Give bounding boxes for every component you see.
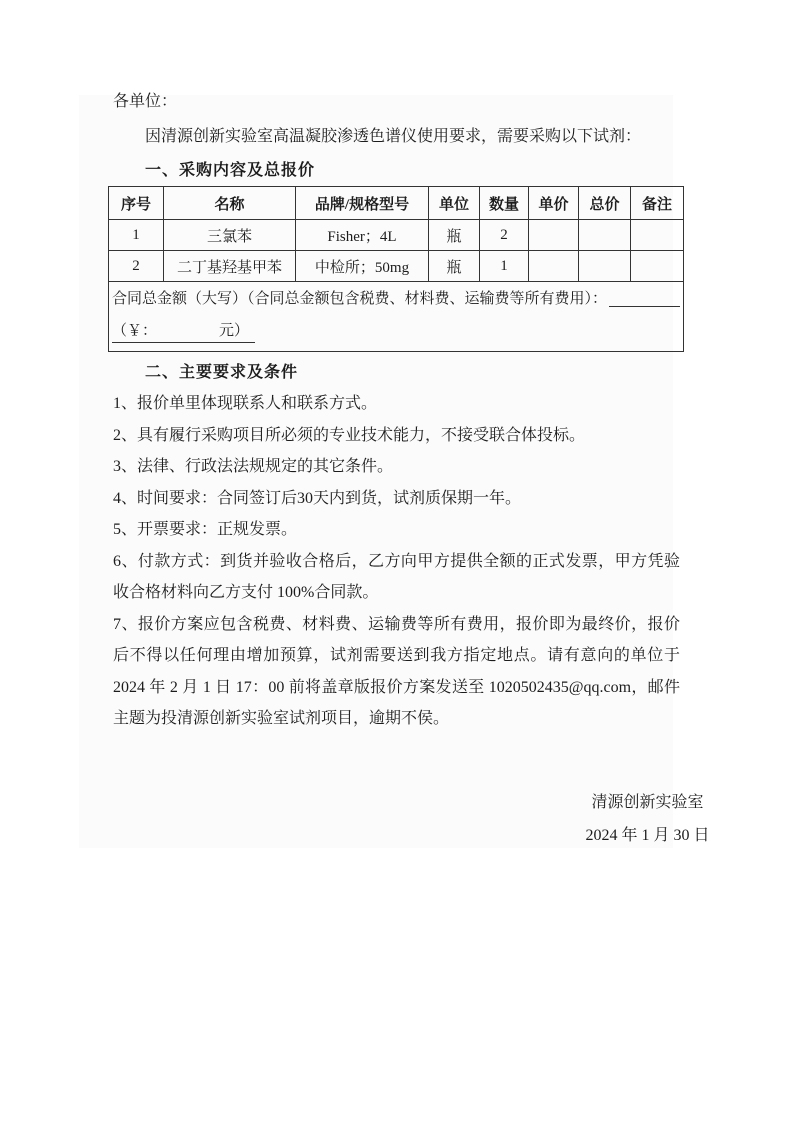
col-header-total-price: 总价: [579, 187, 631, 220]
cell-unit-price: [529, 251, 579, 282]
blank-underline: [609, 306, 680, 307]
cell-quantity: 1: [480, 251, 529, 282]
requirement-item-5: 5、开票要求：正规发票。: [113, 514, 680, 546]
cell-brand-spec: 中检所；50mg: [296, 251, 429, 282]
salutation: 各单位：: [113, 92, 680, 111]
col-header-quantity: 数量: [480, 187, 529, 220]
table-row: 1 三氯苯 Fisher；4L 瓶 2: [109, 220, 684, 251]
requirement-item-1: 1、报价单里体现联系人和联系方式。: [113, 388, 680, 420]
section2-title: 二、主要要求及条件: [145, 363, 680, 382]
contract-total-label: 合同总金额（大写）（合同总金额包含税费、材料费、运输费等所有费用）：: [112, 288, 607, 310]
cell-quantity: 2: [480, 220, 529, 251]
requirement-item-2: 2、具有履行采购项目所必须的专业技术能力，不接受联合体投标。: [113, 420, 680, 452]
cell-brand-spec: Fisher；4L: [296, 220, 429, 251]
cell-name: 三氯苯: [164, 220, 296, 251]
col-header-brand-spec: 品牌/规格型号: [296, 187, 429, 220]
cell-index: 1: [109, 220, 164, 251]
requirement-item-3: 3、法律、行政法法规规定的其它条件。: [113, 451, 680, 483]
col-header-index: 序号: [109, 187, 164, 220]
cell-unit: 瓶: [429, 220, 480, 251]
contract-total-amount-line: （￥：元）: [112, 320, 680, 343]
requirement-item-7: 7、报价方案应包含税费、材料费、运输费等所有费用，报价即为最终价，报价后不得以任…: [113, 609, 680, 735]
requirement-item-4: 4、时间要求：合同签订后30天内到货，试剂质保期一年。: [113, 483, 680, 515]
cell-unit-price: [529, 220, 579, 251]
cell-name: 二丁基羟基甲苯: [164, 251, 296, 282]
cell-total-price: [579, 220, 631, 251]
amount-suffix: 元）: [219, 323, 249, 339]
col-header-unit-price: 单价: [529, 187, 579, 220]
section1-title: 一、采购内容及总报价: [145, 161, 680, 180]
cell-remarks: [631, 220, 684, 251]
cell-unit: 瓶: [429, 251, 480, 282]
signature-date: 2024 年 1 月 30 日: [535, 826, 760, 845]
amount-prefix: （￥：: [112, 323, 157, 339]
cell-remarks: [631, 251, 684, 282]
table-header-row: 序号 名称 品牌/规格型号 单位 数量 单价 总价 备注: [109, 187, 684, 220]
intro-paragraph: 因清源创新实验室高温凝胶渗透色谱仪使用要求，需要采购以下试剂：: [113, 127, 680, 146]
contract-total-cell: 合同总金额（大写）（合同总金额包含税费、材料费、运输费等所有费用）： （￥：元）: [109, 282, 684, 352]
contract-total-row: 合同总金额（大写）（合同总金额包含税费、材料费、运输费等所有费用）： （￥：元）: [109, 282, 684, 352]
col-header-name: 名称: [164, 187, 296, 220]
requirement-item-6: 6、付款方式：到货并验收合格后，乙方向甲方提供全额的正式发票，甲方凭验收合格材料…: [113, 546, 680, 609]
signature-org: 清源创新实验室: [535, 793, 760, 812]
cell-total-price: [579, 251, 631, 282]
col-header-remarks: 备注: [631, 187, 684, 220]
contract-total-label-line: 合同总金额（大写）（合同总金额包含税费、材料费、运输费等所有费用）：: [112, 288, 680, 310]
cell-index: 2: [109, 251, 164, 282]
signature-block: 清源创新实验室 2024 年 1 月 30 日: [535, 793, 760, 845]
amount-underline: （￥：元）: [112, 320, 255, 343]
document-page: 各单位： 因清源创新实验室高温凝胶渗透色谱仪使用要求，需要采购以下试剂： 一、采…: [0, 0, 793, 1122]
col-header-unit: 单位: [429, 187, 480, 220]
procurement-table: 序号 名称 品牌/规格型号 单位 数量 单价 总价 备注 1 三氯苯 Fishe…: [108, 186, 684, 352]
table-row: 2 二丁基羟基甲苯 中检所；50mg 瓶 1: [109, 251, 684, 282]
document-content: 各单位： 因清源创新实验室高温凝胶渗透色谱仪使用要求，需要采购以下试剂： 一、采…: [113, 92, 680, 845]
requirements-list: 1、报价单里体现联系人和联系方式。 2、具有履行采购项目所必须的专业技术能力，不…: [113, 388, 680, 735]
